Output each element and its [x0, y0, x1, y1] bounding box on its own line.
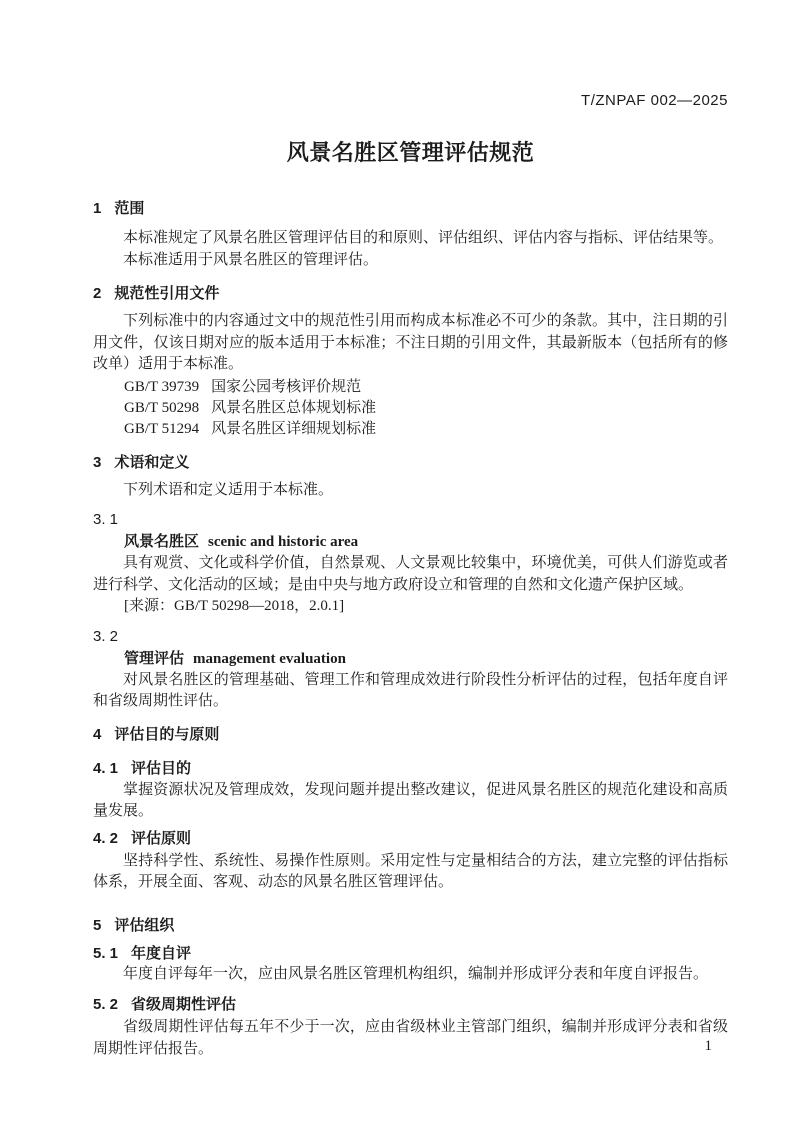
term-1-definition: 具有观赏、文化或科学价值，自然景观、人文景观比较集中，环境优美，可供人们游览或者…	[93, 553, 728, 596]
clause-5-1-number: 5. 1	[93, 946, 118, 961]
clause-5-1-paragraph: 年度自评每年一次，应由风景名胜区管理机构组织，编制并形成评分表和年度自评报告。	[93, 964, 728, 986]
reference-item: GB/T 39739国家公园考核评价规范	[93, 377, 728, 398]
page-number: 1	[705, 1038, 713, 1054]
clause-4-1-title: 评估目的	[131, 760, 191, 777]
clause-4-title: 评估目的与原则	[114, 726, 219, 743]
clause-4-2-heading: 4. 2评估原则	[93, 831, 728, 846]
clause-2-title: 规范性引用文件	[114, 285, 219, 302]
clause-4-2-paragraph: 坚持科学性、系统性、易操作性原则。采用定性与定量相结合的方法，建立完整的评估指标…	[93, 851, 728, 894]
reference-item: GB/T 50298风景名胜区总体规划标准	[93, 398, 728, 419]
clause-3-heading: 3术语和定义	[93, 455, 728, 470]
term-2-number: 3. 2	[93, 629, 728, 644]
clause-5-2-number: 5. 2	[93, 997, 118, 1012]
clause-4-heading: 4评估目的与原则	[93, 727, 728, 742]
clause-5-2-heading: 5. 2省级周期性评估	[93, 997, 728, 1012]
clause-4-1-heading: 4. 1评估目的	[93, 761, 728, 776]
term-2-line: 管理评估management evaluation	[93, 651, 728, 667]
term-1-number: 3. 1	[93, 512, 728, 527]
clause-4-1-number: 4. 1	[93, 761, 118, 776]
clause-3-intro: 下列术语和定义适用于本标准。	[93, 480, 728, 502]
clause-4-2-title: 评估原则	[131, 830, 191, 847]
reference-code: GB/T 51294	[124, 419, 199, 440]
document-page: T/ZNPAF 002—2025 风景名胜区管理评估规范 1范围 本标准规定了风…	[0, 0, 800, 1132]
clause-1-title: 范围	[114, 200, 144, 217]
reference-code: GB/T 39739	[124, 377, 199, 398]
clause-2-paragraph: 下列标准中的内容通过文中的规范性引用而构成本标准必不可少的条款。其中，注日期的引…	[93, 311, 728, 376]
document-title: 风景名胜区管理评估规范	[93, 141, 728, 165]
term-2-definition: 对风景名胜区的管理基础、管理工作和管理成效进行阶段性分析评估的过程，包括年度自评…	[93, 670, 728, 713]
clause-2-heading: 2规范性引用文件	[93, 286, 728, 301]
term-1-line: 风景名胜区scenic and historic area	[93, 534, 728, 550]
clause-3-number: 3	[93, 455, 101, 470]
clause-5-2-title: 省级周期性评估	[131, 996, 236, 1013]
clause-5-title: 评估组织	[114, 917, 174, 934]
term-1-en: scenic and historic area	[208, 534, 358, 550]
clause-1-paragraph-2: 本标准适用于风景名胜区的管理评估。	[93, 250, 728, 272]
reference-title: 国家公园考核评价规范	[211, 379, 361, 395]
clause-2-number: 2	[93, 286, 101, 301]
term-2-en: management evaluation	[193, 651, 346, 667]
clause-1-paragraph-1: 本标准规定了风景名胜区管理评估目的和原则、评估组织、评估内容与指标、评估结果等。	[93, 228, 728, 250]
clause-4-2-number: 4. 2	[93, 831, 118, 846]
clause-5-2-paragraph: 省级周期性评估每五年不少于一次，应由省级林业主管部门组织，编制并形成评分表和省级…	[93, 1017, 728, 1060]
clause-3-title: 术语和定义	[114, 454, 189, 471]
clause-1-heading: 1范围	[93, 201, 728, 216]
term-2-zh: 管理评估	[124, 650, 184, 667]
clause-5-1-title: 年度自评	[131, 945, 191, 962]
reference-title: 风景名胜区总体规划标准	[211, 400, 376, 416]
doc-code: T/ZNPAF 002—2025	[93, 93, 728, 108]
term-1-zh: 风景名胜区	[124, 533, 199, 550]
clause-4-1-paragraph: 掌握资源状况及管理成效，发现问题并提出整改建议，促进风景名胜区的规范化建设和高质…	[93, 780, 728, 823]
term-1-source: [来源：GB/T 50298—2018，2.0.1]	[93, 596, 728, 618]
reference-code: GB/T 50298	[124, 398, 199, 419]
reference-item: GB/T 51294风景名胜区详细规划标准	[93, 419, 728, 440]
clause-5-heading: 5评估组织	[93, 918, 728, 933]
clause-5-1-heading: 5. 1年度自评	[93, 946, 728, 961]
clause-1-number: 1	[93, 201, 101, 216]
reference-title: 风景名胜区详细规划标准	[211, 421, 376, 437]
clause-4-number: 4	[93, 727, 101, 742]
clause-5-number: 5	[93, 918, 101, 933]
